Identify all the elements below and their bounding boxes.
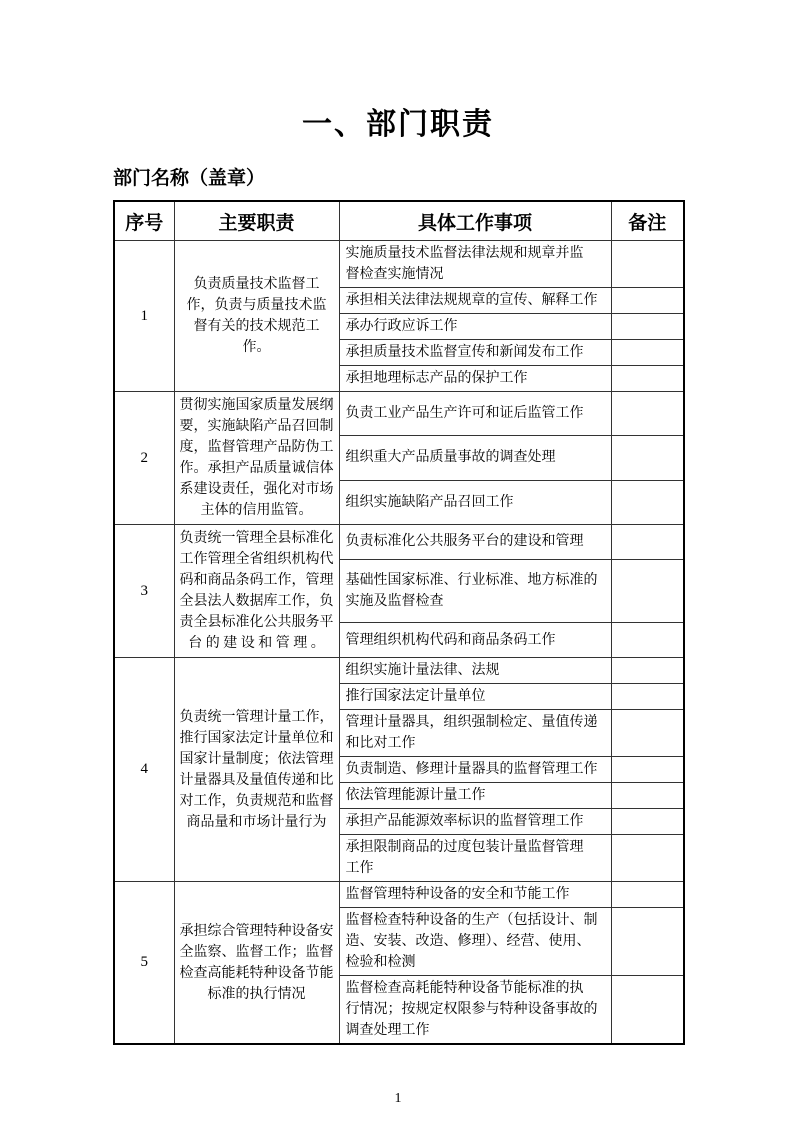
page-title: 一、部门职责 (113, 108, 683, 142)
work-item-row: 4负责统一管理计量工作， 推行国家法定计量单位和 国家计量制度；依法管理 计量器… (114, 658, 684, 684)
seq-cell: 3 (114, 525, 174, 658)
work-item-cell: 组织实施计量法律、法规 (339, 658, 611, 684)
remark-cell (611, 623, 684, 658)
remark-cell (611, 882, 684, 908)
remark-cell (611, 340, 684, 366)
seq-cell: 4 (114, 658, 174, 882)
work-item-cell: 推行国家法定计量单位 (339, 684, 611, 710)
header-remark: 备注 (611, 201, 684, 241)
remark-cell (611, 241, 684, 288)
document-content: 一、部门职责 部门名称（盖章） 序号 主要职责 具体工作事项 备注 1负责质量技… (113, 0, 683, 1107)
work-item-cell: 负责工业产品生产许可和证后监管工作 (339, 392, 611, 436)
duties-table-body: 1负责质量技术监督工 作，负责与质量技术监 督有关的技术规范工 作。实施质量技术… (114, 241, 684, 1045)
work-item-row: 1负责质量技术监督工 作，负责与质量技术监 督有关的技术规范工 作。实施质量技术… (114, 241, 684, 288)
work-item-cell: 监督检查高耗能特种设备节能标准的执 行情况；按规定权限参与特种设备事故的 调查处… (339, 976, 611, 1045)
remark-cell (611, 809, 684, 835)
work-item-cell: 监督管理特种设备的安全和节能工作 (339, 882, 611, 908)
remark-cell (611, 366, 684, 392)
remark-cell (611, 658, 684, 684)
duty-cell: 负责统一管理全县标准化 工作管理全省组织机构代 码和商品条码工作，管理 全县法人… (174, 525, 339, 658)
seq-cell: 2 (114, 392, 174, 525)
remark-cell (611, 757, 684, 783)
work-item-row: 2贯彻实施国家质量发展纲 要，实施缺陷产品召回制 度，监督管理产品防伪工 作。承… (114, 392, 684, 436)
document-page: 一、部门职责 部门名称（盖章） 序号 主要职责 具体工作事项 备注 1负责质量技… (0, 0, 793, 1122)
duty-cell: 负责统一管理计量工作， 推行国家法定计量单位和 国家计量制度；依法管理 计量器具… (174, 658, 339, 882)
work-item-cell: 管理组织机构代码和商品条码工作 (339, 623, 611, 658)
remark-cell (611, 480, 684, 524)
work-item-cell: 承担限制商品的过度包装计量监督管理 工作 (339, 835, 611, 882)
remark-cell (611, 436, 684, 480)
work-item-cell: 承担产品能源效率标识的监督管理工作 (339, 809, 611, 835)
remark-cell (611, 908, 684, 976)
remark-cell (611, 525, 684, 560)
remark-cell (611, 684, 684, 710)
work-item-row: 5承担综合管理特种设备安 全监察、监督工作；监督 检查高能耗特种设备节能 标准的… (114, 882, 684, 908)
work-item-cell: 监督检查特种设备的生产（包括设计、制 造、安装、改造、修理）、经营、使用、 检验… (339, 908, 611, 976)
work-item-cell: 承担地理标志产品的保护工作 (339, 366, 611, 392)
page-number: 1 (113, 1091, 683, 1107)
work-item-cell: 承担相关法律法规规章的宣传、解释工作 (339, 288, 611, 314)
remark-cell (611, 314, 684, 340)
work-item-row: 3负责统一管理全县标准化 工作管理全省组织机构代 码和商品条码工作，管理 全县法… (114, 525, 684, 560)
work-item-cell: 承办行政应诉工作 (339, 314, 611, 340)
work-item-cell: 组织实施缺陷产品召回工作 (339, 480, 611, 524)
remark-cell (611, 783, 684, 809)
department-name-label: 部门名称（盖章） (113, 168, 683, 189)
remark-cell (611, 559, 684, 622)
remark-cell (611, 710, 684, 757)
header-work-items: 具体工作事项 (339, 201, 611, 241)
header-main-duty: 主要职责 (174, 201, 339, 241)
remark-cell (611, 835, 684, 882)
work-item-cell: 管理计量器具，组织强制检定、量值传递 和比对工作 (339, 710, 611, 757)
remark-cell (611, 392, 684, 436)
work-item-cell: 实施质量技术监督法律法规和规章并监 督检查实施情况 (339, 241, 611, 288)
work-item-cell: 承担质量技术监督宣传和新闻发布工作 (339, 340, 611, 366)
remark-cell (611, 976, 684, 1045)
header-seq: 序号 (114, 201, 174, 241)
table-header-row: 序号 主要职责 具体工作事项 备注 (114, 201, 684, 241)
duty-cell: 负责质量技术监督工 作，负责与质量技术监 督有关的技术规范工 作。 (174, 241, 339, 392)
work-item-cell: 负责标准化公共服务平台的建设和管理 (339, 525, 611, 560)
seq-cell: 1 (114, 241, 174, 392)
work-item-cell: 组织重大产品质量事故的调查处理 (339, 436, 611, 480)
duty-cell: 贯彻实施国家质量发展纲 要，实施缺陷产品召回制 度，监督管理产品防伪工 作。承担… (174, 392, 339, 525)
seq-cell: 5 (114, 882, 174, 1045)
work-item-cell: 负责制造、修理计量器具的监督管理工作 (339, 757, 611, 783)
duty-cell: 承担综合管理特种设备安 全监察、监督工作；监督 检查高能耗特种设备节能 标准的执… (174, 882, 339, 1045)
duties-table: 序号 主要职责 具体工作事项 备注 1负责质量技术监督工 作，负责与质量技术监 … (113, 200, 685, 1045)
work-item-cell: 依法管理能源计量工作 (339, 783, 611, 809)
work-item-cell: 基础性国家标准、行业标准、地方标准的 实施及监督检查 (339, 559, 611, 622)
remark-cell (611, 288, 684, 314)
